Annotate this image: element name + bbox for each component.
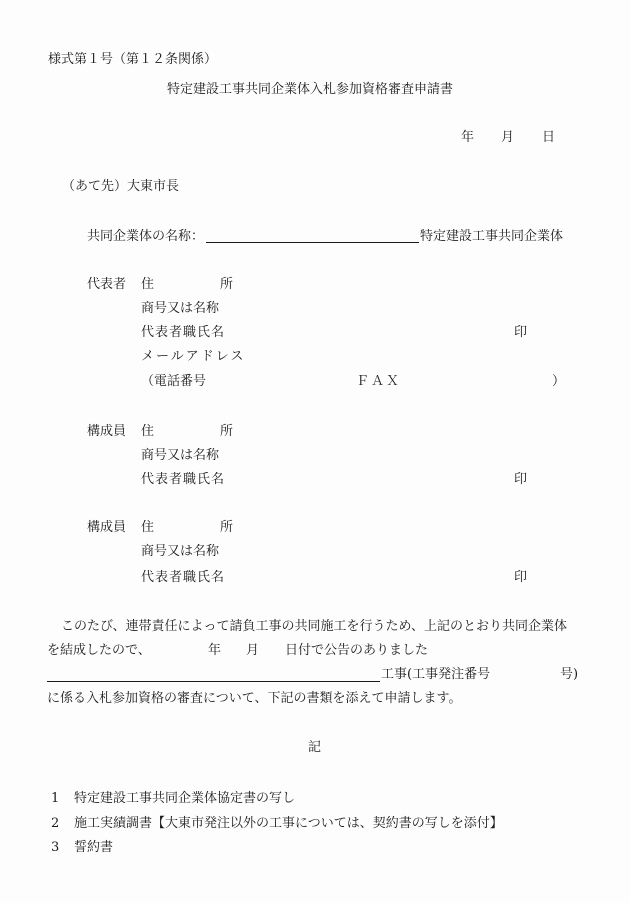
- member-2-address-label-1: 住: [141, 520, 154, 536]
- attachment-1-text: 特定建設工事共同企業体協定書の写し: [74, 791, 295, 807]
- addressee: （あて先）大東市長: [62, 179, 179, 195]
- member-2-rep-name-label: 代表者職氏名: [141, 570, 225, 586]
- body-line-2-start: を結成したので、: [47, 643, 151, 659]
- rep-seal-mark: 印: [514, 325, 527, 341]
- body-line-4: に係る入札参加資格の審査について、下記の書類を添えて申請します。: [47, 691, 461, 707]
- member-1-address-label-2: 所: [220, 424, 233, 440]
- date-month-label: 月: [501, 130, 514, 146]
- rep-email-label: メールアドレス: [141, 349, 245, 365]
- representative-role: 代表者: [87, 277, 126, 293]
- member-2-company-label: 商号又は名称: [141, 544, 219, 560]
- rep-name-label: 代表者職氏名: [141, 325, 225, 341]
- jv-name-suffix: 特定建設工事共同企業体: [420, 229, 563, 245]
- date-day-label: 日: [542, 130, 555, 146]
- attachment-3-number: 3: [51, 840, 59, 856]
- attachment-3-text: 誓約書: [74, 840, 113, 856]
- member-2-role: 構成員: [87, 520, 126, 536]
- member-2-seal-mark: 印: [514, 570, 527, 586]
- attachment-1-number: 1: [51, 791, 59, 807]
- body-line-2-month: 月: [246, 643, 259, 659]
- rep-close-paren: ）: [552, 374, 565, 390]
- project-name-blank[interactable]: [47, 681, 380, 682]
- member-1-seal-mark: 印: [514, 472, 527, 488]
- form-number: 様式第１号（第１２条関係）: [48, 52, 217, 68]
- attachment-2-text: 施工実績調書【大東市発注以外の工事については、契約書の写しを添付】: [74, 816, 503, 832]
- member-2-address-label-2: 所: [220, 520, 233, 536]
- body-line-2-year: 年: [208, 643, 221, 659]
- body-line-1: このたび、連帯責任によって請負工事の共同施工を行うため、上記のとおり共同企業体: [61, 619, 567, 635]
- body-line-3-number-suffix: 号): [560, 667, 578, 683]
- member-1-role: 構成員: [87, 424, 126, 440]
- ki-heading: 記: [308, 740, 321, 756]
- member-1-address-label-1: 住: [141, 424, 154, 440]
- rep-phone-label: （電話番号: [141, 374, 206, 390]
- body-line-3-project: 工事(工事発注番号: [381, 667, 490, 683]
- date-year-label: 年: [461, 130, 474, 146]
- rep-address-label-1: 住: [141, 277, 154, 293]
- body-line-2-end: 日付で公告のありました: [285, 643, 428, 659]
- rep-address-label-2: 所: [220, 277, 233, 293]
- member-1-company-label: 商号又は名称: [141, 448, 219, 464]
- rep-fax-label: ＦＡＸ: [356, 374, 401, 390]
- rep-company-label: 商号又は名称: [141, 301, 219, 317]
- attachment-2-number: 2: [51, 816, 59, 832]
- jv-name-label: 共同企業体の名称：: [87, 229, 204, 245]
- jv-name-blank[interactable]: [206, 242, 419, 243]
- member-1-rep-name-label: 代表者職氏名: [141, 472, 225, 488]
- document-title: 特定建設工事共同企業体入札参加資格審査申請書: [167, 82, 453, 98]
